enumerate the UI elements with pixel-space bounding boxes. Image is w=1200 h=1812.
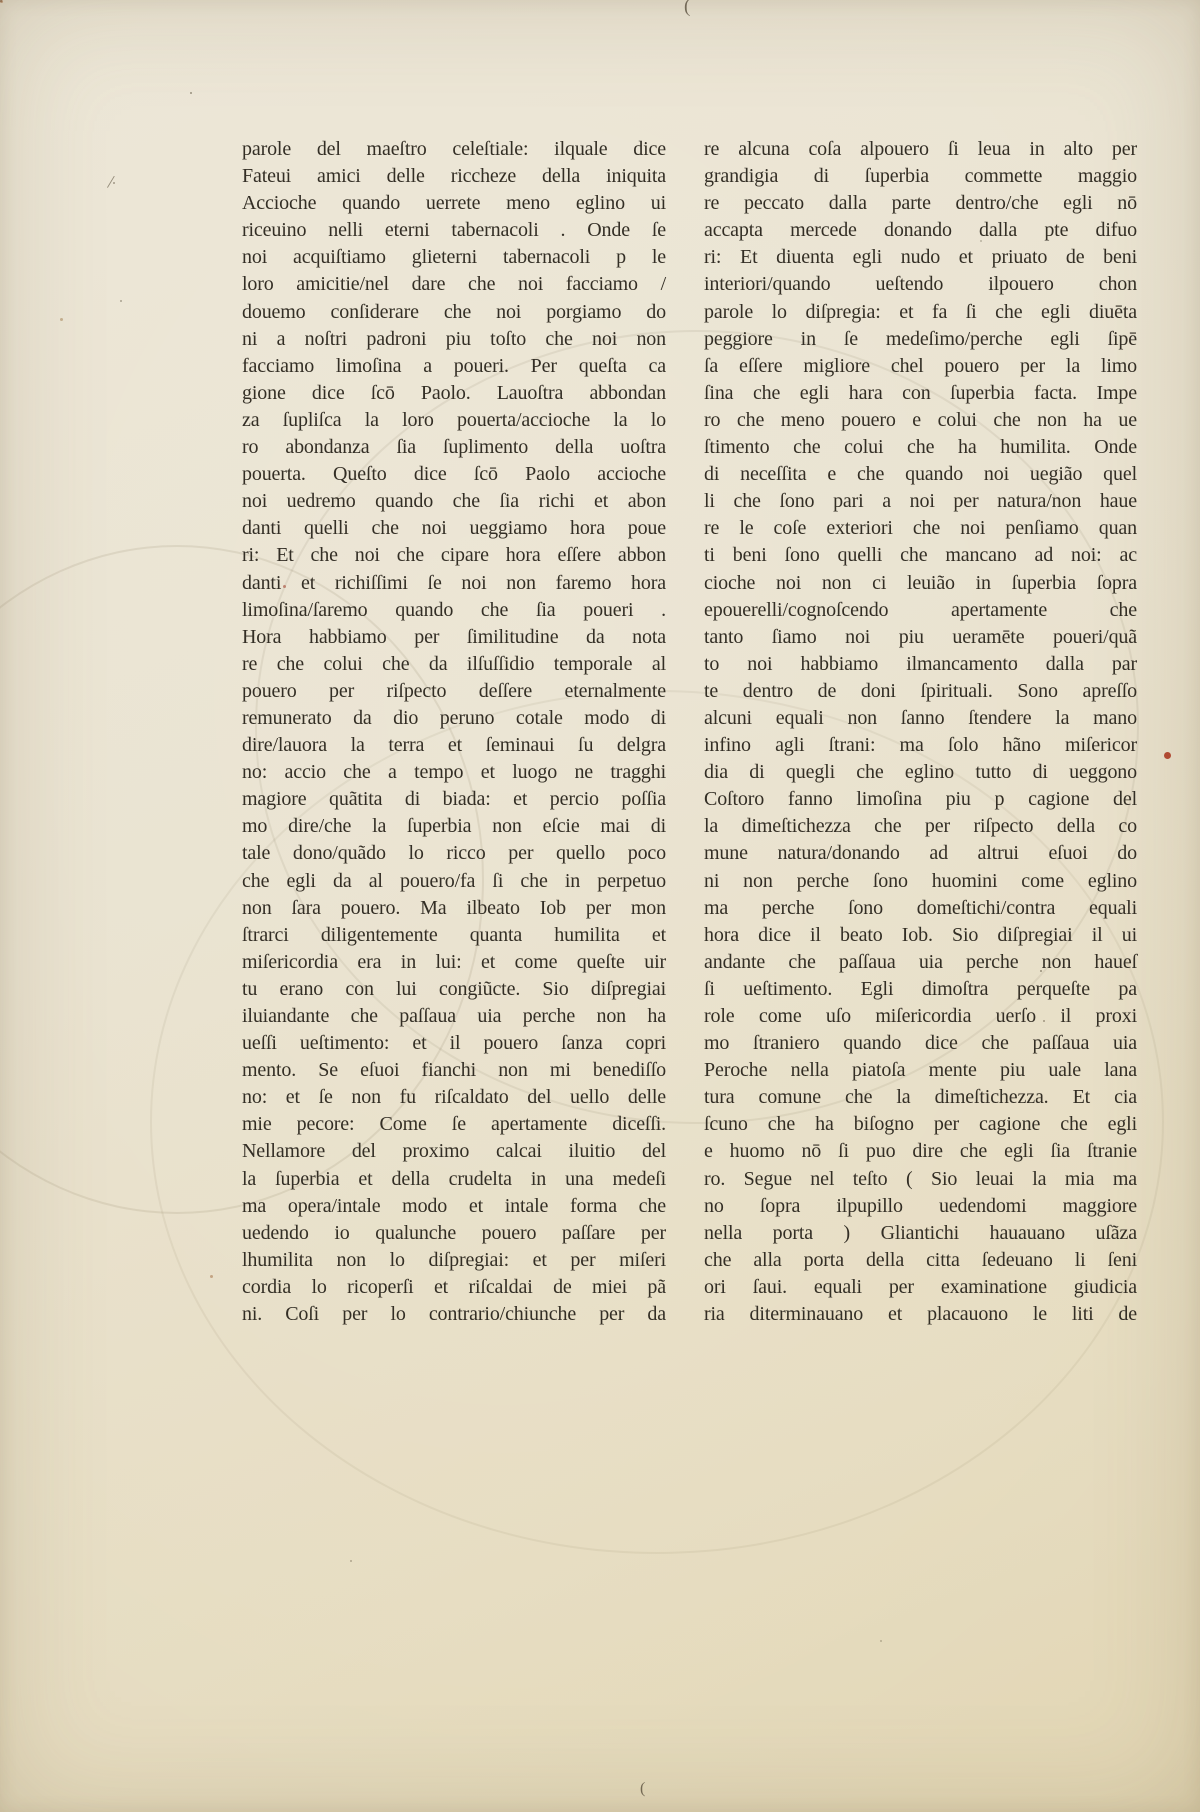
text-line: tura comune che la dimeſtichezza. Et cia <box>704 1084 1137 1111</box>
text-line: Peroche nella piatoſa mente piu uale lan… <box>704 1057 1137 1084</box>
text-line: za ſupliſca la loro pouerta/accioche la … <box>242 407 666 434</box>
text-line: remunerato da dio peruno cotale modo di <box>242 705 666 732</box>
text-line: ori ſaui. equali per examinatione giudic… <box>704 1274 1137 1301</box>
text-line: no ſopra ilpupillo uedendomi maggiore <box>704 1193 1137 1220</box>
text-line: facciamo limoſina a poueri. Per queſta c… <box>242 353 666 380</box>
text-line: loro amicitie/nel dare che noi facciamo … <box>242 271 666 298</box>
text-line: ni a noſtri padroni piu toſto che noi no… <box>242 326 666 353</box>
text-line: accapta mercede donando dalla pte difuo <box>704 217 1137 244</box>
text-line: douemo conſiderare che noi porgiamo do <box>242 299 666 326</box>
text-line: la dimeſtichezza che per riſpecto della … <box>704 813 1137 840</box>
text-line: to noi habbiamo ilmancamento dalla par <box>704 651 1137 678</box>
text-line: che egli da al pouero/fa ſi che in perpe… <box>242 868 666 895</box>
text-line: Hora habbiamo per ſimilitudine da nota <box>242 624 666 651</box>
text-line: parole lo diſpregia: et fa ſi che egli d… <box>704 299 1137 326</box>
text-line: te dentro de doni ſpirituali. Sono apreſ… <box>704 678 1137 705</box>
text-line: la ſuperbia et della crudelta in una med… <box>242 1166 666 1193</box>
text-line: tanto ſiamo noi piu ueramēte poueri/quã <box>704 624 1137 651</box>
bottom-margin-mark: ( <box>640 1780 645 1798</box>
text-line: parole del maeſtro celeſtiale: ilquale d… <box>242 136 666 163</box>
text-line: epouerelli/cognoſcendo apertamente che <box>704 597 1137 624</box>
text-line: tu erano con lui congiũcte. Sio diſpregi… <box>242 976 666 1003</box>
text-line: pouerta. Queſto dice ſcō Paolo accioche <box>242 461 666 488</box>
text-line: pouero per riſpecto deſſere eternalmente <box>242 678 666 705</box>
text-line: non ſara pouero. Ma ilbeato Iob per mon <box>242 895 666 922</box>
text-line: grandigia di ſuperbia commette maggio <box>704 163 1137 190</box>
text-line: limoſina/ſaremo quando che ſia poueri . <box>242 597 666 624</box>
text-line: e huomo nō ſi puo dire che egli ſia ſtra… <box>704 1138 1137 1165</box>
text-line: mento. Se eſuoi fianchi non mi benediſſo <box>242 1057 666 1084</box>
text-line: li che ſono pari a noi per natura/non ha… <box>704 488 1137 515</box>
text-line: no: accio che a tempo et luogo ne traggh… <box>242 759 666 786</box>
text-line: iluiandante che paſſaua uia perche non h… <box>242 1003 666 1030</box>
text-line: di neceſſita e che quando noi uegião que… <box>704 461 1137 488</box>
text-line: ſtrarci diligentemente quanta humilita e… <box>242 922 666 949</box>
text-line: alcuni equali non ſanno ſtendere la mano <box>704 705 1137 732</box>
text-line: re che colui che da ilſuſſidio temporale… <box>242 651 666 678</box>
text-line: re peccato dalla parte dentro/che egli n… <box>704 190 1137 217</box>
text-line: danti et richiſſimi ſe noi non faremo ho… <box>242 570 666 597</box>
text-line: ſcuno che ha biſogno per cagione che egl… <box>704 1111 1137 1138</box>
text-line: ſtimento che colui che ha humilita. Onde <box>704 434 1137 461</box>
text-line: mo ſtraniero quando dice che paſſaua uia <box>704 1030 1137 1057</box>
text-column-right: re alcuna coſa alpouero ſi leua in alto … <box>704 136 1137 1328</box>
left-margin-mark: / <box>106 172 116 195</box>
text-line: ni non perche ſono huomini come eglino <box>704 868 1137 895</box>
text-line: andante che paſſaua uia perche non haueſ <box>704 949 1137 976</box>
text-line: riceuino nelli eterni tabernacoli . Onde… <box>242 217 666 244</box>
text-line: ro. Segue nel teſto ( Sio leuai la mia m… <box>704 1166 1137 1193</box>
text-line: ria diterminauano et placauono le liti d… <box>704 1301 1137 1328</box>
text-line: infino agli ſtrani: ma ſolo hãno miſeric… <box>704 732 1137 759</box>
text-line: ni. Coſi per lo contrario/chiunche per d… <box>242 1301 666 1328</box>
text-line: magiore quãtita di biada: et percio poſſ… <box>242 786 666 813</box>
text-line: peggiore in ſe medeſimo/perche egli ſipē <box>704 326 1137 353</box>
text-line: Fateui amici delle riccheze della iniqui… <box>242 163 666 190</box>
text-line: che alla porta della citta ſedeuano li ſ… <box>704 1247 1137 1274</box>
text-line: gione dice ſcō Paolo. Lauoſtra abbondan <box>242 380 666 407</box>
text-line: Coſtoro fanno limoſina piu p cagione del <box>704 786 1137 813</box>
text-line: ſina che egli hara con ſuperbia facta. I… <box>704 380 1137 407</box>
text-line: ma opera/intale modo et intale forma che <box>242 1193 666 1220</box>
text-line: danti quelli che noi ueggiamo hora poue <box>242 515 666 542</box>
text-line: lhumilita non lo diſpregiai: et per miſe… <box>242 1247 666 1274</box>
text-line: role come uſo miſericordia uerſo il prox… <box>704 1003 1137 1030</box>
text-line: miſericordia era in lui: et come queſte … <box>242 949 666 976</box>
red-ink-dot <box>1164 752 1171 759</box>
text-line: re le coſe exteriori che noi penſiamo qu… <box>704 515 1137 542</box>
text-line: Nellamore del proximo calcai iluitio del <box>242 1138 666 1165</box>
text-line: dia di quegli che eglino tutto di ueggon… <box>704 759 1137 786</box>
text-line: tale dono/quãdo lo ricco per quello poco <box>242 840 666 867</box>
text-line: noi uedremo quando che ſia richi et abon <box>242 488 666 515</box>
text-line: cordia lo ricoperſi et riſcaldai de miei… <box>242 1274 666 1301</box>
text-line: interiori/quando ueſtendo ilpouero chon <box>704 271 1137 298</box>
text-line: nella porta ) Gliantichi hauauano uſãza <box>704 1220 1137 1247</box>
text-line: ſa eſſere migliore chel pouero per la li… <box>704 353 1137 380</box>
paper-specks-brown <box>0 0 3 3</box>
text-line: hora dice il beato Iob. Sio diſpregiai i… <box>704 922 1137 949</box>
text-line: ſi ueſtimento. Egli dimoſtra perqueſte p… <box>704 976 1137 1003</box>
text-line: no: et ſe non fu riſcaldato del uello de… <box>242 1084 666 1111</box>
text-line: ueſſi ueſtimento: et il pouero ſanza cop… <box>242 1030 666 1057</box>
text-line: dire/lauora la terra et ſeminaui ſu delg… <box>242 732 666 759</box>
text-line: ro abondanza ſia ſuplimento della uoſtra <box>242 434 666 461</box>
text-line: cioche noi non ci leuião in ſuperbia ſop… <box>704 570 1137 597</box>
book-page: ( / parole del maeſtro celeſtiale: ilqua… <box>0 0 1200 1812</box>
text-column-left: parole del maeſtro celeſtiale: ilquale d… <box>242 136 666 1328</box>
text-line: mie pecore: Come ſe apertamente diceſſi. <box>242 1111 666 1138</box>
text-line: ro che meno pouero e colui che non ha ue <box>704 407 1137 434</box>
text-line: mune natura/donando ad altrui eſuoi do <box>704 840 1137 867</box>
text-line: Accioche quando uerrete meno eglino ui <box>242 190 666 217</box>
text-line: ri: Et che noi che cipare hora eſſere ab… <box>242 542 666 569</box>
text-line: noi acquiſtiamo glieterni tabernacoli p … <box>242 244 666 271</box>
text-line: mo dire/che la ſuperbia non eſcie mai di <box>242 813 666 840</box>
text-line: ti beni ſono quelli che mancano ad noi: … <box>704 542 1137 569</box>
text-line: re alcuna coſa alpouero ſi leua in alto … <box>704 136 1137 163</box>
text-line: uedendo io qualunche pouero paſſare per <box>242 1220 666 1247</box>
top-margin-mark: ( <box>684 0 690 18</box>
text-line: ma perche ſono domeſtichi/contra equali <box>704 895 1137 922</box>
text-line: ri: Et diuenta egli nudo et priuato de b… <box>704 244 1137 271</box>
